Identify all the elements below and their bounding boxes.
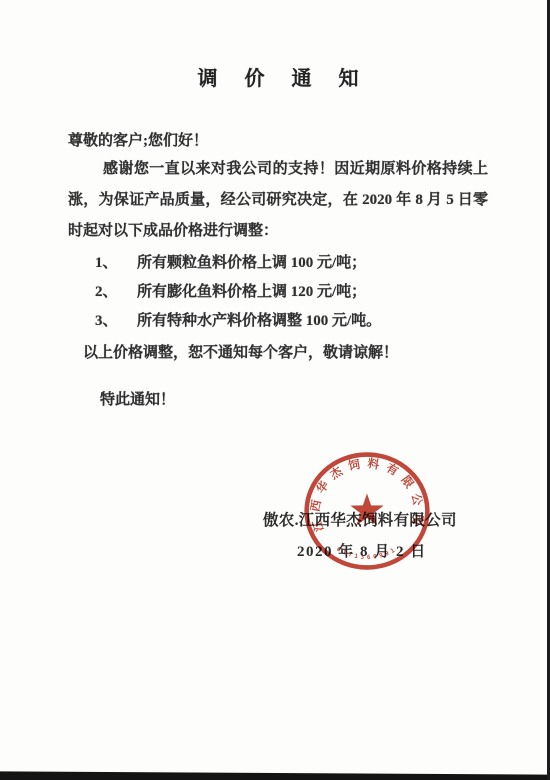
price-adjustment-list: 1、 所有颗粒鱼料价格上调 100 元/吨； 2、 所有膨化鱼料价格上调 120… [68,249,488,336]
body-paragraph: 感谢您一直以来对我公司的支持！因近期原料价格持续上涨，为保证产品质量，经公司研究… [68,154,488,247]
stamp-star-icon [350,493,383,525]
notice-line: 特此通知！ [100,388,488,409]
stamp-serial-number: 0171360991 [335,547,398,562]
item-number: 1、 [95,249,137,278]
item-text: 所有膨化鱼料价格上调 120 元/吨； [137,278,366,307]
list-item: 1、 所有颗粒鱼料价格上调 100 元/吨； [95,249,488,278]
list-item: 2、 所有膨化鱼料价格上调 120 元/吨； [95,278,488,307]
closing-line: 以上价格调整，恕不通知每个客户，敬请谅解！ [83,341,488,362]
company-seal-stamp-icon: 江西华杰饲料有限公司 0171360991 [302,450,432,572]
document-page: 调 价 通 知 尊敬的客户;您们好！ 感谢您一直以来对我公司的支持！因近期原料价… [0,0,550,780]
item-number: 2、 [95,278,137,307]
greeting-line: 尊敬的客户;您们好！ [68,129,488,150]
item-text: 所有特种水产料价格调整 100 元/吨。 [137,307,381,336]
document-title: 调 价 通 知 [68,62,488,91]
item-number: 3、 [95,307,137,336]
list-item: 3、 所有特种水产料价格调整 100 元/吨。 [95,307,488,336]
notice-document: 调 价 通 知 尊敬的客户;您们好！ 感谢您一直以来对我公司的支持！因近期原料价… [0,0,550,780]
item-text: 所有颗粒鱼料价格上调 100 元/吨； [137,249,366,278]
